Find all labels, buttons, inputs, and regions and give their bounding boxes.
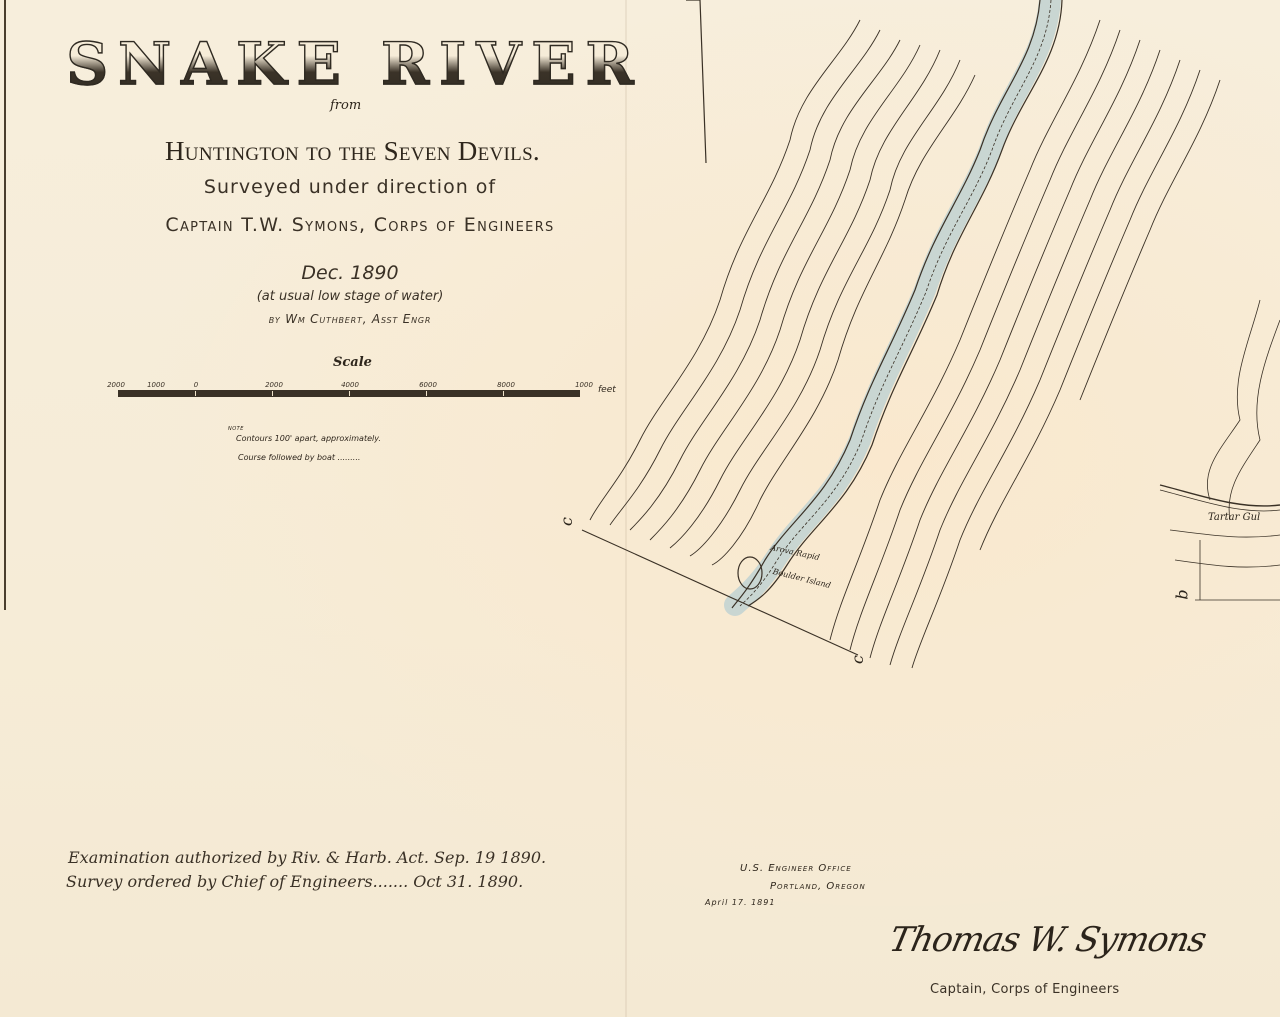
scale-tick: 4000: [341, 381, 359, 389]
director-name: Captain T.W. Symons, Corps of Engineers: [60, 214, 660, 236]
scale-bar: [118, 390, 580, 397]
from-label: from: [330, 98, 361, 113]
water-stage: (at usual low stage of water): [60, 289, 640, 304]
signature-title: Captain, Corps of Engineers: [930, 982, 1119, 997]
office-name: U.S. Engineer Office: [740, 863, 852, 874]
section-marker-c-right: c: [848, 655, 867, 664]
signature: Thomas W. Symons: [886, 920, 1210, 960]
scale-tick: 2000: [107, 381, 125, 389]
label-gulch: Tartar Gul: [1208, 512, 1260, 523]
note-course: Course followed by boat .........: [238, 453, 360, 462]
scale-tick: 8000: [497, 381, 515, 389]
scale-tick: 6000: [419, 381, 437, 389]
section-line-c: [582, 530, 858, 655]
scale-tick: 0: [194, 381, 198, 389]
authorization-line: Examination authorized by Riv. & Harb. A…: [68, 848, 546, 867]
surveyor-name: by Wm Cuthbert, Asst Engr: [60, 312, 640, 326]
map-subtitle: Huntington to the Seven Devils.: [95, 136, 610, 167]
section-marker-c-left: c: [557, 517, 576, 526]
scale-tick: 1000: [147, 381, 165, 389]
scale-title: Scale: [333, 355, 372, 370]
office-date: April 17. 1891: [705, 898, 775, 907]
scale-tick: 1000: [575, 381, 593, 389]
note-label: NOTE: [228, 426, 244, 432]
survey-date: Dec. 1890: [60, 262, 640, 284]
survey-order-line: Survey ordered by Chief of Engineers....…: [66, 872, 523, 891]
meridian-line: [686, 0, 706, 163]
office-location: Portland, Oregon: [770, 881, 866, 892]
section-marker-b: b: [1173, 589, 1192, 599]
note-contours: Contours 100' apart, approximately.: [236, 434, 381, 443]
map-title: SNAKE RIVER: [30, 30, 680, 98]
scale-unit: feet: [598, 385, 616, 395]
surveyed-text: Surveyed under direction of: [60, 176, 640, 198]
scale-tick: 2000: [265, 381, 283, 389]
